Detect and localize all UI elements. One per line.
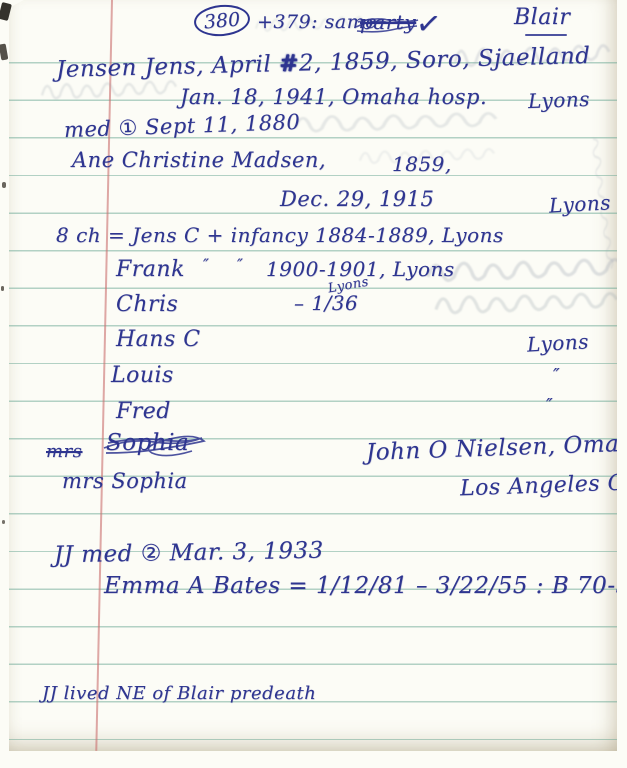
mrs-sophia: mrs Sophia [62,470,188,493]
death-place: Lyons [528,88,591,112]
footnote: JJ lived NE of Blair predeath [42,684,316,704]
wife1-birth-year: 1859, [392,153,452,175]
right-scan-edge [617,0,627,768]
page-number: 380 [203,8,241,33]
child-chris: Chris [116,293,178,317]
child-fred: Fred [116,400,171,424]
edge-speck-3 [2,520,5,524]
child-hans-place: Lyons [526,330,589,355]
death-line: Jan. 18, 1941, Omaha hosp. [180,86,487,109]
ink-blot: # [279,50,299,78]
edge-speck-1 [2,182,6,188]
child-frank-ditto2: ″ [237,256,243,274]
edge-speck-2 [1,286,4,291]
marriage2-line: JJ med ② Mar. 3, 1933 [54,539,324,569]
notebook-page [8,0,617,751]
struck-sophia: Sophia [106,431,189,456]
child-louis-ditto: ″ [553,366,560,386]
wife1-name: Ane Christine Madsen, [72,149,326,172]
cross-reference-note: +379: same [257,12,377,33]
wife1-death-place: Lyons [548,191,611,216]
children-header: 8 ch = Jens C + infancy 1884-1889, Lyons [56,224,504,246]
child-chris-dates: – 1/36 [294,292,358,314]
child-louis: Louis [111,364,174,388]
left-scan-edge [0,0,9,768]
checkmark: ✓ [414,6,444,42]
crossed-out-word: party [360,11,416,33]
child-hans: Hans C [116,328,201,352]
bottom-scan-edge [0,751,627,768]
wife1-death-date: Dec. 29, 1915 [280,188,434,211]
child-frank: Frank [116,258,185,282]
child-frank-ditto1: ″ [203,256,209,274]
ruled-lines [8,40,617,751]
header-place: Blair [514,6,570,30]
struck-mrs: mrs [46,442,82,462]
child-fred-ditto: ″ [546,396,553,416]
name-birth-prefix: Jensen Jens, April [56,51,280,83]
wife2-line: Emma A Bates = 1/12/81 – 3/22/55 : B 70-… [104,574,627,599]
place-underline [525,34,567,36]
